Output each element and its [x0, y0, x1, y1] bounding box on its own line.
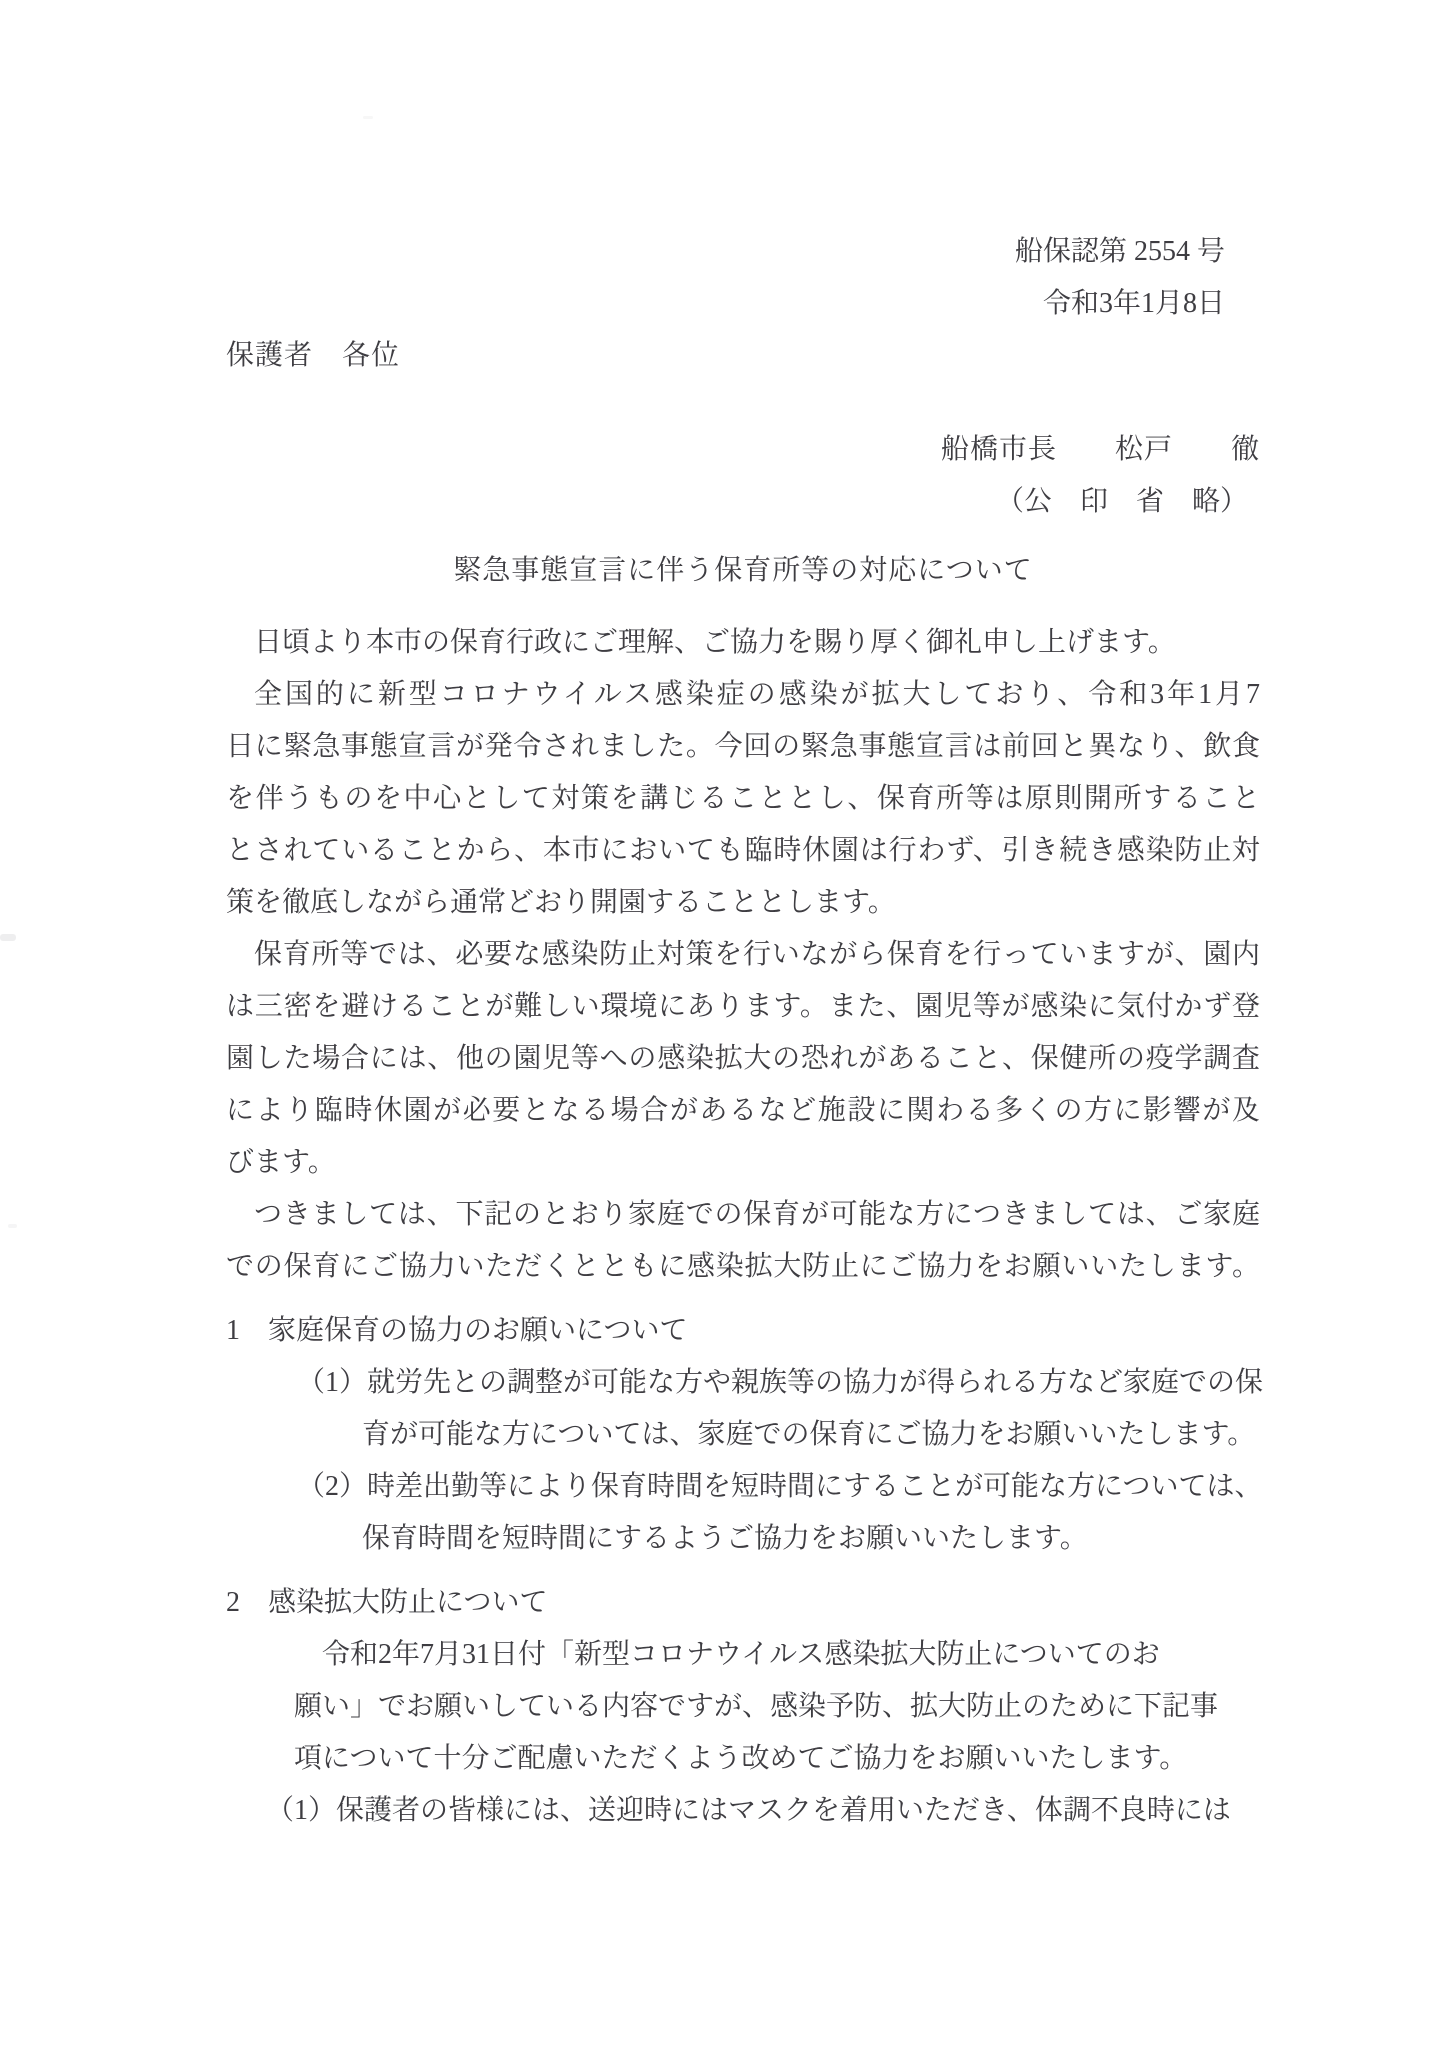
- doc-number: 船保認第 2554 号: [226, 226, 1260, 278]
- body-line: 項について十分ご配慮いただくよう改めてご協力をお願いいたします。: [294, 1733, 1260, 1785]
- body-line: 日に緊急事態宣言が発令されました。今回の緊急事態宣言は前回と異なり、飲食: [226, 721, 1260, 773]
- body-line: 願い」でお願いしている内容ですが、感染予防、拡大防止のために下記事: [294, 1681, 1260, 1733]
- seal-omitted-note: （公 印 省 略）: [226, 476, 1260, 528]
- body-line: びます。: [226, 1137, 1260, 1189]
- body-line: 全国的に新型コロナウイルス感染症の感染が拡大しており、令和3年1月7: [226, 669, 1260, 721]
- list-item-line: 保育時間を短時間にするようご協力をお願いいたします。: [362, 1513, 1260, 1565]
- issue-date: 令和3年1月8日: [226, 278, 1260, 330]
- body-line: とされていることから、本市においても臨時休園は行わず、引き続き感染防止対: [226, 825, 1260, 877]
- scan-artifact: [8, 1224, 17, 1228]
- doc-title: 緊急事態宣言に伴う保育所等の対応について: [226, 545, 1260, 597]
- body-line: 策を徹底しながら通常どおり開園することとします。: [226, 877, 1260, 929]
- letter-body: 船保認第 2554 号 令和3年1月8日 保護者 各位 船橋市長 松戸 徹 （公…: [226, 0, 1260, 1837]
- body-line: での保育にご協力いただくとともに感染拡大防止にご協力をお願いいたします。: [226, 1241, 1260, 1293]
- sender-name: 船橋市長 松戸 徹: [226, 424, 1260, 476]
- body-line: を伴うものを中心として対策を講じることとし、保育所等は原則開所すること: [226, 773, 1260, 825]
- body-line: 日頃より本市の保育行政にご理解、ご協力を賜り厚く御礼申し上げます。: [226, 617, 1260, 669]
- section-heading: 2 感染拡大防止について: [226, 1577, 1260, 1629]
- list-item-line: （2）時差出勤等により保育時間を短時間にすることが可能な方については、: [297, 1461, 1260, 1513]
- body-line: 令和2年7月31日付「新型コロナウイルス感染拡大防止についてのお: [294, 1629, 1260, 1681]
- body-line: つきましては、下記のとおり家庭での保育が可能な方につきましては、ご家庭: [226, 1189, 1260, 1241]
- scan-artifact: [0, 934, 16, 941]
- body-line: は三密を避けることが難しい環境にあります。また、園児等が感染に気付かず登: [226, 981, 1260, 1033]
- list-item-line: （1）保護者の皆様には、送迎時にはマスクを着用いただき、体調不良時には: [266, 1785, 1260, 1837]
- scanned-letter-page: 船保認第 2554 号 令和3年1月8日 保護者 各位 船橋市長 松戸 徹 （公…: [0, 0, 1448, 2048]
- section-heading: 1 家庭保育の協力のお願いについて: [226, 1305, 1260, 1357]
- body-line: 保育所等では、必要な感染防止対策を行いながら保育を行っていますが、園内: [226, 929, 1260, 981]
- addressee: 保護者 各位: [226, 330, 1260, 382]
- list-item-line: 育が可能な方については、家庭での保育にご協力をお願いいたします。: [362, 1409, 1260, 1461]
- body-line: 園した場合には、他の園児等への感染拡大の恐れがあること、保健所の疫学調査: [226, 1033, 1260, 1085]
- list-item-line: （1）就労先との調整が可能な方や親族等の協力が得られる方など家庭での保: [297, 1357, 1260, 1409]
- body-line: により臨時休園が必要となる場合があるなど施設に関わる多くの方に影響が及: [226, 1085, 1260, 1137]
